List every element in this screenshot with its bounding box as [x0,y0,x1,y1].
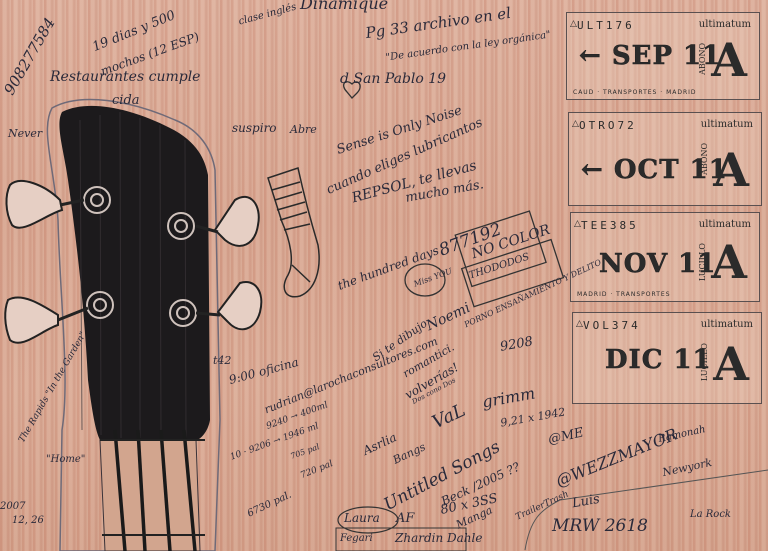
handwriting: 12, 26 [12,516,44,526]
handwriting: Dinamique [300,0,388,12]
ticket-code: OTRO72 [579,119,637,132]
ticket-letter: A [711,33,747,87]
sock-doodle [268,168,319,297]
ticket-brand: ultimatum [699,219,751,230]
ticket-code: TEE385 [581,219,639,232]
ticket-code: VOL374 [583,319,641,332]
ticket-zone: LUCILLO [698,243,707,281]
handwriting: MRW 2618 [552,518,648,535]
arrow-left-icon: ← [579,41,602,71]
handwriting: Abre [290,124,317,135]
ticket-brand: ultimatum [701,319,753,330]
ticket-footer: MADRID · TRANSPORTES [577,291,671,298]
ticket-zone: LUCILLO [700,343,709,381]
handwriting: Restaurantes cumple [50,70,200,84]
ticket-letter: A [711,235,747,289]
ticket-dic: △ VOL374 ultimatum DIC 11 LUCILLO A [572,312,762,404]
handwriting: Zhardin Dahle [395,532,482,544]
ticket-month: OCT 11 [614,155,728,185]
handwriting: Laura [344,512,380,524]
arrow-left-icon: ← [581,155,604,185]
handwriting: suspiro [232,122,277,134]
handwriting: Fegari [340,534,373,544]
handwriting: "Home" [46,455,85,465]
ticket-zone: ABONO [698,43,707,75]
handwriting: Never [8,128,42,139]
handwriting: La Rock [690,510,731,520]
ticket-brand: ultimatum [699,19,751,30]
ticket-letter: A [713,337,749,391]
handwriting: cida [112,94,140,107]
ticket-letter: A [713,143,749,197]
ticket-footer: CAUD · TRANSPORTES · MADRID [573,89,697,96]
ticket-month: DIC 11 [605,345,712,375]
ticket-sep: △ ULT176 ultimatum ← SEP 11 ABONO A CAUD… [566,12,760,100]
ticket-zone: ABONO [700,143,709,175]
ticket-brand: ultimatum [701,119,753,130]
handwriting: AF [396,512,414,525]
ticket-code: ULT176 [577,19,635,32]
handwriting: 2007 [0,502,25,512]
graffiti-wood-photo: △ ULT176 ultimatum ← SEP 11 ABONO A CAUD… [0,0,768,551]
handwriting: t42 [213,355,231,366]
ticket-oct: △ OTRO72 ultimatum ← OCT 11 ABONO A [568,112,762,206]
handwriting: d San Pablo 19 [340,72,446,86]
